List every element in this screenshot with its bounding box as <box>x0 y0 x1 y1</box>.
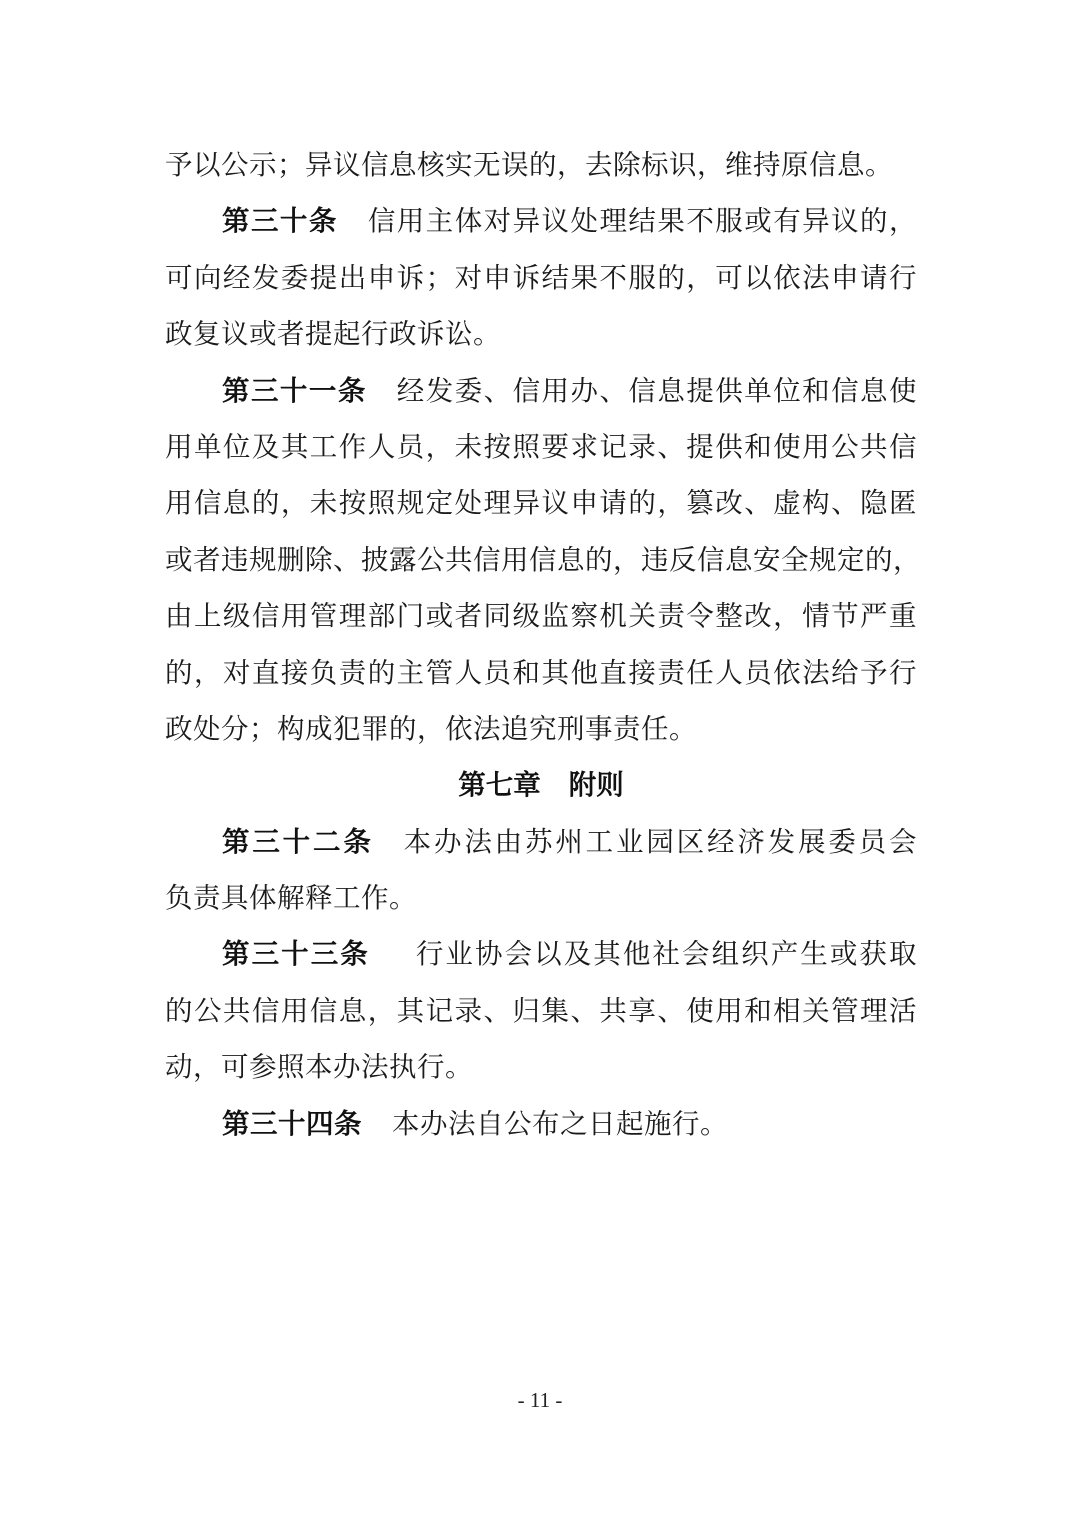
page-number: - 11 - <box>0 1388 1080 1413</box>
article-text: 本办法自公布之日起施行。 <box>392 1108 728 1140</box>
article-label: 第三十一条 <box>222 375 367 407</box>
article-33-first-line: 第三十三条行业协会以及其他社会组织产生或获取 <box>165 926 917 982</box>
article-31-first-line: 第三十一条经发委、信用办、信息提供单位和信息使 <box>165 363 917 419</box>
article-text: 信用主体对异议处理结果不服或有异议的， <box>368 205 917 237</box>
article-label: 第三十条 <box>222 205 338 237</box>
document-page: 予以公示；异议信息核实无误的，去除标识，维持原信息。 第三十条信用主体对异议处理… <box>165 137 917 1152</box>
chapter-title: 附则 <box>569 769 624 801</box>
paragraph-line: 的公共信用信息，其记录、归集、共享、使用和相关管理活 <box>165 983 917 1039</box>
paragraph-line: 政处分；构成犯罪的，依法追究刑事责任。 <box>165 701 917 757</box>
article-text: 经发委、信用办、信息提供单位和信息使 <box>397 375 917 407</box>
paragraph-line: 予以公示；异议信息核实无误的，去除标识，维持原信息。 <box>165 137 917 193</box>
chapter-number: 第七章 <box>458 769 541 801</box>
article-label: 第三十二条 <box>222 826 374 858</box>
paragraph-line: 或者违规删除、披露公共信用信息的，违反信息安全规定的， <box>165 532 917 588</box>
article-32-first-line: 第三十二条本办法由苏州工业园区经济发展委员会 <box>165 814 917 870</box>
article-label: 第三十三条 <box>222 938 370 970</box>
article-34-first-line: 第三十四条本办法自公布之日起施行。 <box>165 1096 917 1152</box>
paragraph-line: 由上级信用管理部门或者同级监察机关责令整改，情节严重 <box>165 588 917 644</box>
paragraph-line: 用信息的，未按照规定处理异议申请的，篡改、虚构、隐匿 <box>165 475 917 531</box>
article-label: 第三十四条 <box>222 1108 362 1140</box>
article-text: 本办法由苏州工业园区经济发展委员会 <box>404 826 917 858</box>
paragraph-line: 可向经发委提出申诉；对申诉结果不服的，可以依法申请行 <box>165 250 917 306</box>
article-30-first-line: 第三十条信用主体对异议处理结果不服或有异议的， <box>165 193 917 249</box>
paragraph-line: 负责具体解释工作。 <box>165 870 917 926</box>
chapter-heading: 第七章附则 <box>165 757 917 813</box>
paragraph-line: 动，可参照本办法执行。 <box>165 1039 917 1095</box>
paragraph-line: 的，对直接负责的主管人员和其他直接责任人员依法给予行 <box>165 645 917 701</box>
paragraph-line: 用单位及其工作人员，未按照要求记录、提供和使用公共信 <box>165 419 917 475</box>
article-text: 行业协会以及其他社会组织产生或获取 <box>416 938 917 970</box>
paragraph-line: 政复议或者提起行政诉讼。 <box>165 306 917 362</box>
